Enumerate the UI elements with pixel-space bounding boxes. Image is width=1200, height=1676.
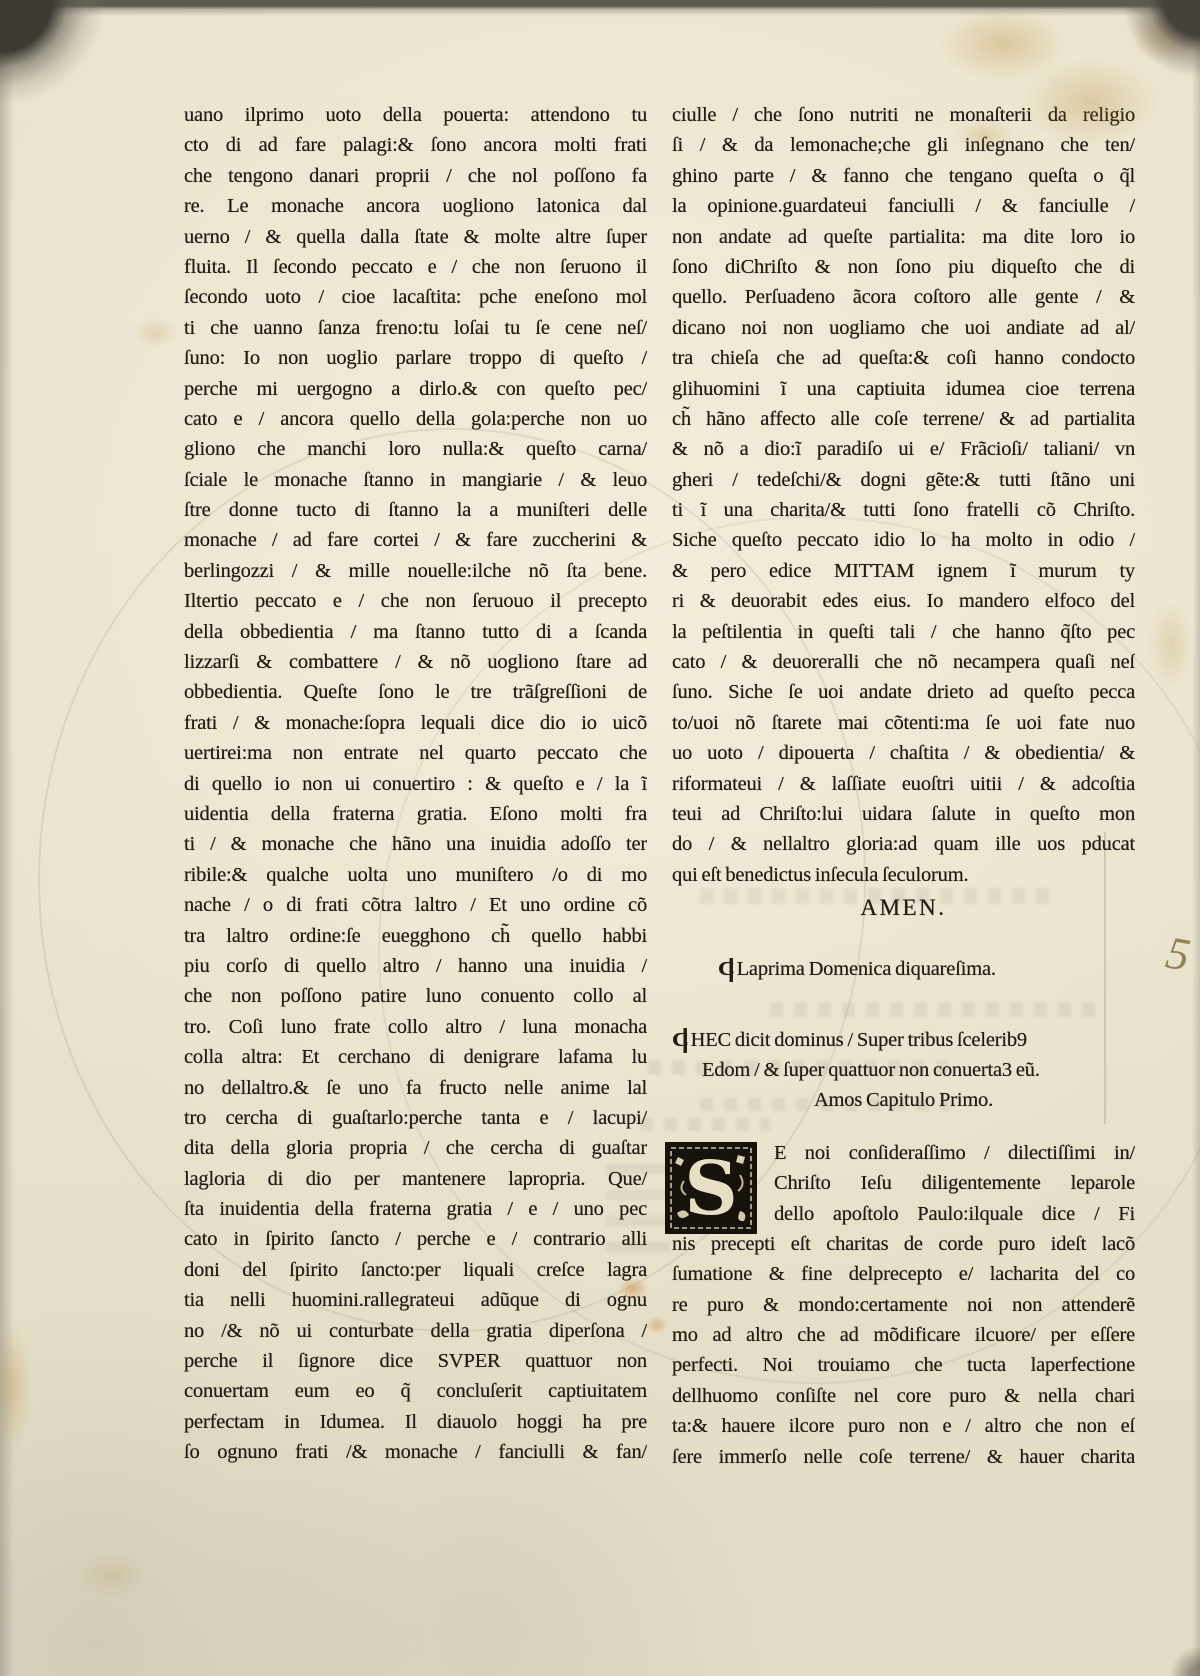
rubric-line: Edom / & ſuper quattuor non conuerta3 eũ…	[672, 1055, 1135, 1085]
rubric-text: HEC dicit dominus / Super tribus ſceleri…	[691, 1029, 1027, 1051]
text-line: glihuomini ĩ una captiuita idumea cioe t…	[672, 374, 1135, 404]
foxing-stain	[76, 1552, 146, 1598]
text-line: fluita. Il ſecondo peccato e / che non ſ…	[184, 252, 647, 282]
page-edge-top	[0, 0, 1200, 16]
text-line: Siche queſto peccato idio lo ha molto in…	[672, 525, 1135, 555]
paragraph-2-full-lines: nis precepti eſt charitas de corde puro …	[672, 1229, 1135, 1472]
text-line: quello. Perſuadeno ãcora coſtoro alle ge…	[672, 282, 1135, 312]
text-line: dita della gloria propria / che cercha d…	[184, 1133, 647, 1163]
text-line: gheri / tedeſchi/& dogni gẽte:& tutti ſt…	[672, 465, 1135, 495]
text-line: conuertam eum eo q̃ concluſerit captiuit…	[184, 1376, 647, 1406]
capitulum-mark: C	[672, 1025, 693, 1055]
text-line: qui eſt benedictus inſecula ſeculorum.	[672, 860, 1135, 890]
page-corner-top-right	[1080, 0, 1200, 100]
text-line: uerno / & quella dalla ſtate & molte alt…	[184, 222, 647, 252]
text-line: to/uoi nõ ſtarete mai cõtenti:ma ſe uoi …	[672, 708, 1135, 738]
text-line: monache / ad fare cortei / & fare zucche…	[184, 525, 647, 555]
text-line: re. Le monache ancora uogliono latonica …	[184, 191, 647, 221]
text-line: cato in ſpirito ſancto / perche e / cont…	[184, 1224, 647, 1254]
text-line: ti / & monache che hãno una inuidia adoſ…	[184, 829, 647, 859]
paragraph-1: ciulle / che ſono nutriti ne monaſterii …	[672, 100, 1135, 860]
svg-text:S: S	[684, 1146, 737, 1232]
text-line: tro. Coſi luno frate collo altro / luna …	[184, 1012, 647, 1042]
text-line: mo ad altro che ad mõdificare ilcuore/ p…	[672, 1320, 1135, 1350]
text-line: no /& nõ ui conturbate della gratia dipe…	[184, 1316, 647, 1346]
rubric-line: CHEC dicit dominus / Super tribus ſceler…	[672, 1025, 1135, 1055]
page-edge-right	[1192, 0, 1200, 1676]
text-line: piu corſo di quello altro / hanno una in…	[184, 951, 647, 981]
text-line: tra laltro ordine:ſe euegghono ch̃ quell…	[184, 921, 647, 951]
text-line: ti che uanno ſanza freno:tu loſai tu ſe …	[184, 313, 647, 343]
text-line: Iltertio peccato e / che non ſeruouo il …	[184, 586, 647, 616]
decorated-initial-S: S	[664, 1141, 758, 1235]
text-line: teui ad Chriſto:lui uidara ſalute in que…	[672, 799, 1135, 829]
foxing-stain	[132, 318, 178, 348]
text-line: uo uoto / dipouerta / chaſtita / & obedi…	[672, 738, 1135, 768]
text-line: riformateui / & laſſiate euoſtri uitii /…	[672, 769, 1135, 799]
text-line: tra chieſa che ad queſta:& coſi hanno co…	[672, 343, 1135, 373]
text-line: ſtre donne tucto di ſtanno la a muniſter…	[184, 495, 647, 525]
text-line: che non poſſono patire luno conuento col…	[184, 981, 647, 1011]
rubric-first-sunday-of-lent: CLaprima Domenica diquareſima.	[672, 954, 1135, 984]
text-line: cato / & deuoreralli che nõ necampera qu…	[672, 647, 1135, 677]
text-line: cto di ad fare palagi:& ſono ancora molt…	[184, 130, 647, 160]
text-line: ſono diChriſto & non ſono piu diqueſto c…	[672, 252, 1135, 282]
foxing-stain	[938, 6, 1068, 82]
text-line: perche il ſignore dice SVPER quattuor no…	[184, 1346, 647, 1376]
text-line: lizzarſi & combattere / & nõ uogliono ſt…	[184, 647, 647, 677]
text-line: ſumatione & fine delprecepto e/ lacharit…	[672, 1259, 1135, 1289]
rubric-amos-incipit: CHEC dicit dominus / Super tribus ſceler…	[672, 1025, 1135, 1116]
text-line: ta:& hauere ilcore puro non e / altro ch…	[672, 1411, 1135, 1441]
text-line: frati / & monache:ſopra lequali dice dio…	[184, 708, 647, 738]
text-line: ſuno. Siche ſe uoi andate drieto ad queſ…	[672, 677, 1135, 707]
text-line: gliono che manchi loro nulla:& queſto ca…	[184, 434, 647, 464]
text-line: perfecti. Noi trouiamo che tucta laperfe…	[672, 1350, 1135, 1380]
text-line: perfectam in Idumea. Il diauolo hoggi ha…	[184, 1407, 647, 1437]
text-line: la peſtilentia in queſti tali / che hann…	[672, 617, 1135, 647]
rubric-text: Laprima Domenica diquareſima.	[737, 958, 996, 980]
text-line: perche mi uergogno a dirlo.& con queſto …	[184, 374, 647, 404]
text-line: dellhuomo conſiſte nel core puro & nella…	[672, 1381, 1135, 1411]
text-line: tro cercha di guaſtarlo:perche tanta e /…	[184, 1103, 647, 1133]
text-line: ch̃ hãno affecto alle coſe terrene/ & ad…	[672, 404, 1135, 434]
page-corner-bottom-right	[1140, 1636, 1200, 1676]
text-line: obbedientia. Queſte ſono le tre trãſgreſ…	[184, 677, 647, 707]
text-line: uidentia della fraterna gratia. Eſono mo…	[184, 799, 647, 829]
text-line: re puro & mondo:certamente noi non atten…	[672, 1290, 1135, 1320]
text-line: di quello io non ui conuertiro : & queſt…	[184, 769, 647, 799]
text-line: ri & deuorabit edes eius. Io mandero elf…	[672, 586, 1135, 616]
text-line: non andate ad queſte partialita: ma dite…	[672, 222, 1135, 252]
text-line: & nõ a dio:ĩ paradiſo ui e/ Frãcioſi/ ta…	[672, 434, 1135, 464]
text-line: ſuno: Io non uoglio parlare troppo di qu…	[184, 343, 647, 373]
text-line: ſecondo uoto / cioe lacaſtita: pche eneſ…	[184, 282, 647, 312]
text-line: ti ĩ una charita/& tutti ſono fratelli c…	[672, 495, 1135, 525]
capitulum-mark: C	[718, 954, 739, 984]
text-line: dicano noi non uogliamo che uoi andiate …	[672, 313, 1135, 343]
text-line: do / & nellaltro gloria:ad quam ille uos…	[672, 829, 1135, 859]
rubric-line: Amos Capitulo Primo.	[672, 1085, 1135, 1115]
text-line: ciulle / che ſono nutriti ne monaſterii …	[672, 100, 1135, 130]
paragraph-2: S E noi conſideraſſimo / dilectiſſimi in…	[672, 1138, 1135, 1472]
text-line: no dellaltro.& ſe uno fa fructo nelle an…	[184, 1073, 647, 1103]
page-corner-top-left	[0, 0, 150, 150]
text-line: ſo ognuno frati /& monache / fanciulli &…	[184, 1437, 647, 1467]
text-line: cato e / ancora quello della gola:perche…	[184, 404, 647, 434]
amen-line: AMEN.	[672, 892, 1135, 924]
text-line: tia nelli huomini.rallegrateui adũque di…	[184, 1285, 647, 1315]
left-text-column: uano ilprimo uoto della pouerta: attendo…	[184, 100, 647, 1468]
text-line: la opinione.guardateui fanciulli / & fan…	[672, 191, 1135, 221]
foxing-stain	[1148, 600, 1194, 690]
text-line: che tengono danari proprii / che nol poſ…	[184, 161, 647, 191]
text-line: & pero edice MITTAM ignem ĩ murum ty	[672, 556, 1135, 586]
woodcut-initial-icon: S	[664, 1141, 758, 1235]
text-line: ſciale le monache ſtanno in mangiarie / …	[184, 465, 647, 495]
text-line: della obbedientia / ma ſtanno tutto di a…	[184, 617, 647, 647]
text-line: nache / o di frati cõtra laltro / Et uno…	[184, 890, 647, 920]
text-line: ſere immerſo nelle coſe terrene/ & hauer…	[672, 1442, 1135, 1472]
right-text-column: ciulle / che ſono nutriti ne monaſterii …	[672, 100, 1135, 1472]
text-line: ghino parte / & fanno che tengano queſta…	[672, 161, 1135, 191]
text-line: ribile:& qualche uolta uno muniſtero /o …	[184, 860, 647, 890]
text-line: uertirei:ma non entrate nel quarto pecca…	[184, 738, 647, 768]
page-edge-left	[0, 0, 14, 1676]
text-line: ſi / & da lemonache;che gli inſegnano ch…	[672, 130, 1135, 160]
text-line: uano ilprimo uoto della pouerta: attendo…	[184, 100, 647, 130]
text-line: berlingozzi / & mille nouelle:ilche nõ ſ…	[184, 556, 647, 586]
text-line: ſta inuidentia della fraterna gratia / e…	[184, 1194, 647, 1224]
text-line: colla altra: Et cerchano di denigrare la…	[184, 1042, 647, 1072]
text-line: lagloria di dio per mantenere lapropria.…	[184, 1164, 647, 1194]
text-line: doni del ſpirito ſancto:per liquali creſ…	[184, 1255, 647, 1285]
page-sheet: uano ilprimo uoto della pouerta: attendo…	[0, 0, 1200, 1676]
